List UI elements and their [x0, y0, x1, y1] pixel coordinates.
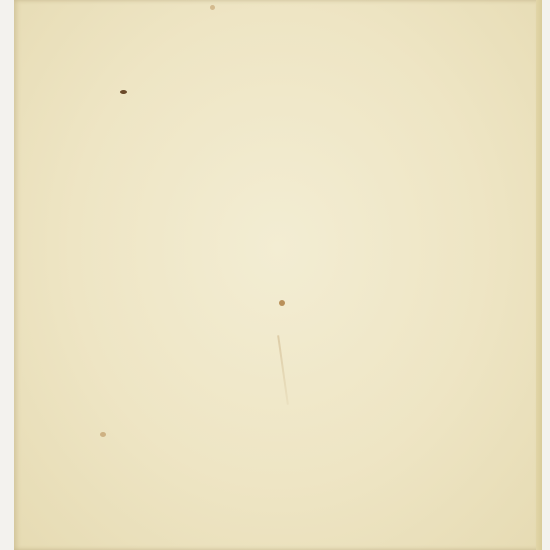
stain-spot — [100, 432, 106, 437]
paper-crease — [277, 335, 289, 405]
stain-spot — [279, 300, 285, 306]
paper-page — [14, 0, 542, 550]
ink-mark — [120, 90, 127, 94]
page-edge — [536, 0, 542, 550]
stain-spot — [210, 5, 215, 10]
